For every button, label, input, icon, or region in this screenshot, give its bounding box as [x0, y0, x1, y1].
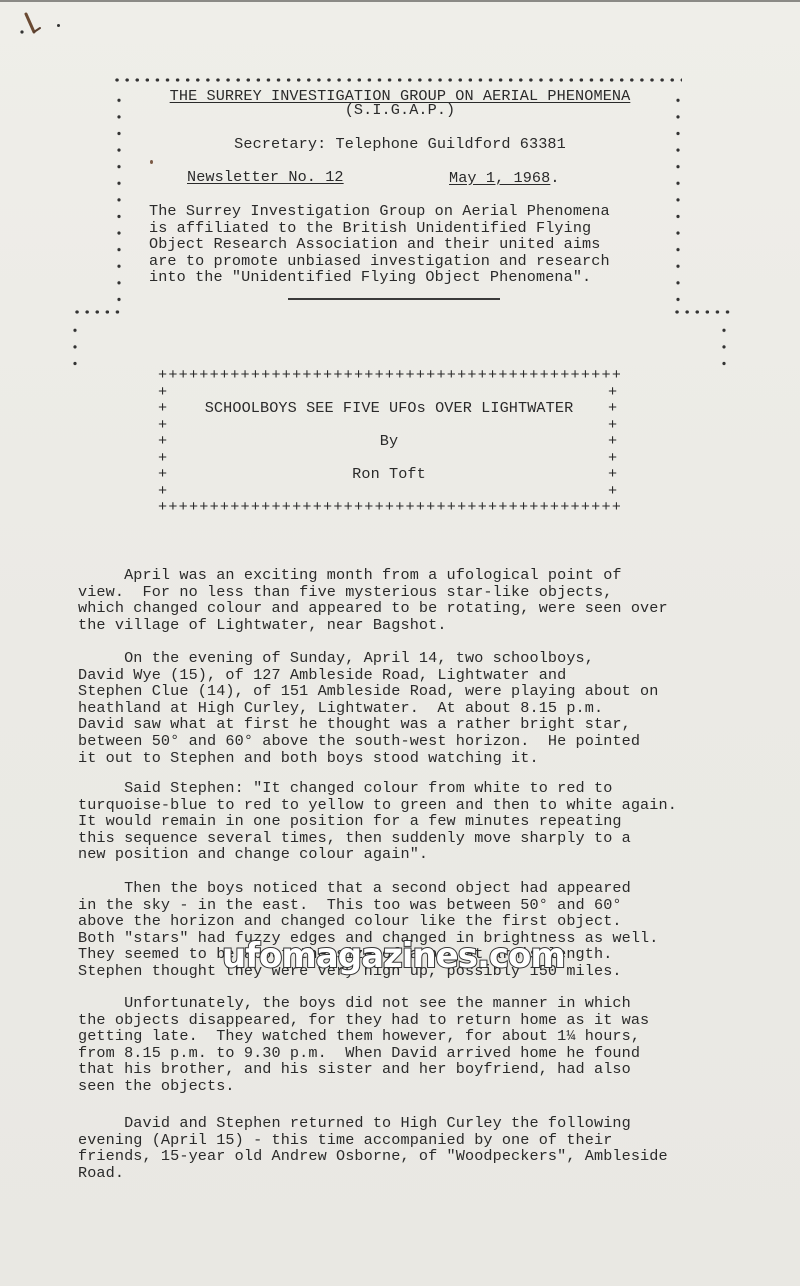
article-author: Ron Toft [158, 466, 620, 483]
affiliation-line: into the "Unidentified Flying Object Phe… [149, 269, 610, 286]
body-line: which changed colour and appeared to be … [78, 600, 668, 617]
header-frame-left-foot [72, 310, 122, 314]
affiliation-statement: The Surrey Investigation Group on Aerial… [149, 203, 610, 286]
ink-stain-mark [18, 10, 44, 40]
frame-right-tail [722, 322, 726, 372]
body-line: Stephen Clue (14), of 151 Ambleside Road… [78, 683, 658, 700]
newsletter-page: THE SURREY INVESTIGATION GROUP ON AERIAL… [0, 0, 800, 1286]
affiliation-line: The Surrey Investigation Group on Aerial… [149, 203, 610, 220]
body-line: Unfortunately, the boys did not see the … [78, 995, 649, 1012]
newsletter-date: May 1, 1968 [449, 169, 550, 187]
stray-dot [150, 160, 153, 164]
article-byline-by: By [158, 433, 620, 450]
article-paragraph-5: Unfortunately, the boys did not see the … [78, 995, 649, 1095]
scan-edge [0, 0, 800, 2]
body-line: getting late. They watched them however,… [78, 1028, 649, 1045]
body-line: David Wye (15), of 127 Ambleside Road, L… [78, 667, 658, 684]
body-line: the village of Lightwater, near Bagshot. [78, 617, 668, 634]
body-line: It would remain in one position for a fe… [78, 813, 677, 830]
body-line: Then the boys noticed that a second obje… [78, 880, 658, 897]
body-line: it out to Stephen and both boys stood wa… [78, 750, 658, 767]
newsletter-number: Newsletter No. 12 [187, 169, 344, 186]
body-line: this sequence several times, then sudden… [78, 830, 677, 847]
body-line: On the evening of Sunday, April 14, two … [78, 650, 658, 667]
body-line: from 8.15 p.m. to 9.30 p.m. When David a… [78, 1045, 649, 1062]
body-line: April was an exciting month from a ufolo… [78, 567, 668, 584]
body-line: in the sky - in the east. This too was b… [78, 897, 658, 914]
body-line: friends, 15-year old Andrew Osborne, of … [78, 1148, 668, 1165]
title-box-border-bottom: ++++++++++++++++++++++++++++++++++++++++… [158, 499, 620, 516]
header-frame-top [112, 78, 682, 82]
body-line: David and Stephen returned to High Curle… [78, 1115, 668, 1132]
body-line: view. For no less than five mysterious s… [78, 584, 668, 601]
article-paragraph-1: April was an exciting month from a ufolo… [78, 567, 668, 633]
article-paragraph-2: On the evening of Sunday, April 14, two … [78, 650, 658, 766]
body-line: turquoise-blue to red to yellow to green… [78, 797, 677, 814]
header-divider-rule [288, 298, 500, 300]
affiliation-line: Object Research Association and their un… [149, 236, 610, 253]
affiliation-line: is affiliated to the British Unidentifie… [149, 220, 610, 237]
stray-dot [57, 24, 60, 27]
header-frame-right-foot [672, 310, 732, 314]
body-line: Road. [78, 1165, 668, 1182]
body-line: between 50° and 60° above the south-west… [78, 733, 658, 750]
site-watermark: ufomagazines.com [222, 936, 565, 976]
org-abbreviation: (S.I.G.A.P.) [120, 102, 680, 119]
body-line: evening (April 15) - this time accompani… [78, 1132, 668, 1149]
body-line: heathland at High Curley, Lightwater. At… [78, 700, 658, 717]
date-period: . [550, 169, 559, 187]
body-line: Said Stephen: "It changed colour from wh… [78, 780, 677, 797]
secretary-phone: Secretary: Telephone Guildford 63381 [120, 136, 680, 153]
body-line: above the horizon and changed colour lik… [78, 913, 658, 930]
body-line: David saw what at first he thought was a… [78, 716, 658, 733]
affiliation-line: are to promote unbiased investigation an… [149, 253, 610, 270]
frame-left-tail [73, 322, 77, 372]
header-frame-left [117, 92, 121, 302]
title-box-border-top: ++++++++++++++++++++++++++++++++++++++++… [158, 367, 620, 384]
body-line: new position and change colour again". [78, 846, 677, 863]
article-title: SCHOOLBOYS SEE FIVE UFOs OVER LIGHTWATER [158, 400, 620, 417]
header-frame-right [676, 92, 680, 302]
body-line: that his brother, and his sister and her… [78, 1061, 649, 1078]
body-line: the objects disappeared, for they had to… [78, 1012, 649, 1029]
article-paragraph-3: Said Stephen: "It changed colour from wh… [78, 780, 677, 863]
article-paragraph-6: David and Stephen returned to High Curle… [78, 1115, 668, 1181]
newsletter-date-wrap: May 1, 1968. [449, 169, 560, 187]
body-line: seen the objects. [78, 1078, 649, 1095]
